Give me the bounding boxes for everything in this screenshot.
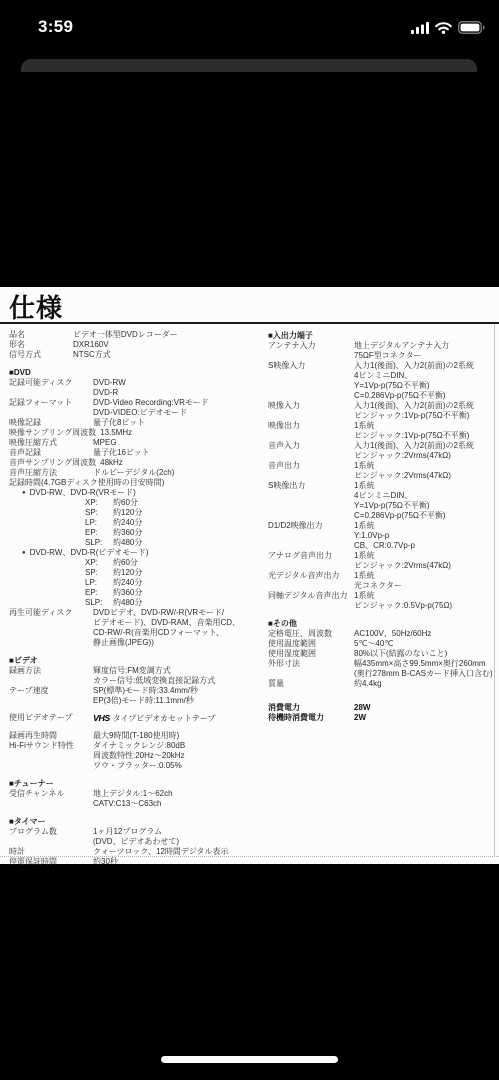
spec-label: 光デジタル音声出力 — [268, 571, 354, 581]
section-header: ■タイマー — [9, 817, 260, 827]
spec-row: S映像入力入力1(後面)、入力2(前面)の2系統4ピンミニDIN、Y=1Vp-p… — [268, 361, 493, 401]
spec-value-line: (奥行278mm B-CASカード挿入口含む) — [354, 669, 493, 679]
spec-value-line: 75ΩF型コネクター — [354, 351, 493, 361]
spec-value: 約4.4kg — [354, 679, 493, 689]
spec-label: 受信チャンネル — [9, 789, 93, 799]
spec-label: 消費電力 — [268, 703, 354, 713]
spec-value-line: ピンジャック:2Vrms(47kΩ) — [354, 471, 493, 481]
spec-label: 質量 — [268, 679, 354, 689]
spec-value: 48kHz — [100, 458, 260, 468]
spec-value-line: 4ピンミニDIN、 — [354, 371, 493, 381]
spec-value-line: Y=1Vp-p(75Ω不平衡) — [354, 381, 493, 391]
spec-value-line: 1系統 — [354, 521, 493, 531]
spec-value: DVDビデオ、DVD-RW/-R(VRモード/ビデオモード)、DVD-RAM、音… — [93, 608, 260, 648]
spec-value-line: ピンジャック:2Vrms(47kΩ) — [354, 451, 493, 461]
spec-value: 80%以下(結露のないこと) — [354, 649, 493, 659]
record-mode-row: EP:約360分 — [85, 588, 260, 598]
spec-value-line: 約30秒 — [93, 857, 260, 867]
spec-row: 同軸デジタル音声出力1系統ピンジャック:0.5Vp-p(75Ω) — [268, 591, 493, 611]
spec-label: S映像入力 — [268, 361, 354, 371]
spec-value: DVD-Video Recording:VRモードDVD-VIDEO:ビデオモー… — [93, 398, 260, 418]
spec-value-line: ピンジャック:2Vrms(47kΩ) — [354, 561, 493, 571]
spec-value-line: ドルビーデジタル(2ch) — [93, 468, 260, 478]
section-header: ■チューナー — [9, 779, 260, 789]
spec-column-0: 品名ビデオ一体型DVDレコーダー形名DXR160V信号方式NTSC方式■DVD記… — [9, 330, 260, 867]
vhs-logo: VHS — [93, 713, 110, 723]
spec-label: 使用湿度範囲 — [268, 649, 354, 659]
spec-value-line: 5℃〜40℃ — [354, 639, 493, 649]
spec-value: 地上デジタルアンテナ入力75ΩF型コネクター — [354, 341, 493, 361]
spec-label: 音声圧縮方法 — [9, 468, 93, 478]
spec-value-line: 幅435mm×高さ99.5mm×奥行260mm — [354, 659, 493, 669]
status-icons — [411, 21, 485, 34]
spec-label: 同軸デジタル音声出力 — [268, 591, 354, 601]
spec-value: 入力1(後面)、入力2(前面)の2系統4ピンミニDIN、Y=1Vp-p(75Ω不… — [354, 361, 493, 401]
spec-value: ビデオ一体型DVDレコーダー — [73, 330, 260, 340]
spec-value-line: 量子化8ビット — [93, 418, 260, 428]
spec-label: 録画再生時間 — [9, 731, 93, 741]
mode-label: SP: — [85, 508, 113, 518]
spec-value: ダイナミックレンジ:80dB周波数特性:20Hz〜20kHzワウ・フラッター:0… — [93, 741, 260, 771]
spec-row: 停電保証時間約30秒 — [9, 857, 260, 867]
spec-row: D1/D2映像出力1系統Y:1.0Vp-pCB、CR:0.7Vp-p — [268, 521, 493, 551]
spec-value: 幅435mm×高さ99.5mm×奥行260mm(奥行278mm B-CASカード… — [354, 659, 493, 679]
spec-value-line: 地上デジタルアンテナ入力 — [354, 341, 493, 351]
spec-label: 映像出力 — [268, 421, 354, 431]
mode-label: SP: — [85, 568, 113, 578]
spec-value: MPEG — [93, 438, 260, 448]
spec-value-line: ピンジャック:1Vp-p(75Ω不平衡) — [354, 411, 493, 421]
spec-value-line: 地上デジタル:1〜62ch — [93, 789, 260, 799]
spec-row: プログラム数1ヶ月12プログラム(DVD、ビデオあわせて) — [9, 827, 260, 847]
section-header: ■DVD — [9, 368, 260, 378]
record-mode-row: SP:約120分 — [85, 568, 260, 578]
record-mode-row: EP:約360分 — [85, 528, 260, 538]
spec-row: 使用ビデオテープVHSタイプビデオカセットテープ — [9, 713, 260, 724]
spec-value-line: CATV:C13〜C63ch — [93, 799, 260, 809]
spec-row: 再生可能ディスクDVDビデオ、DVD-RW/-R(VRモード/ビデオモード)、D… — [9, 608, 260, 648]
record-mode-row: SP:約120分 — [85, 508, 260, 518]
mode-label: SLP: — [85, 538, 113, 548]
spec-label: 停電保証時間 — [9, 857, 93, 867]
spec-value-line: DVDビデオ、DVD-RW/-R(VRモード/ — [93, 608, 260, 618]
spec-label: Hi-Fiサウンド特性 — [9, 741, 93, 751]
spec-value-line: AC100V、50Hz/60Hz — [354, 629, 493, 639]
spec-value-line: DVD-Video Recording:VRモード — [93, 398, 260, 408]
spacer — [268, 611, 493, 618]
spec-value-line: EP(3倍)モード時:11.1mm/秒 — [93, 696, 260, 706]
spec-label: 待機時消費電力 — [268, 713, 354, 723]
mode-label: XP: — [85, 558, 113, 568]
spec-value-line: 4ピンミニDIN、 — [354, 491, 493, 501]
photo-card-top-edge — [21, 59, 477, 72]
section-header: ■その他 — [268, 619, 493, 629]
spec-value-line: 80%以下(結露のないこと) — [354, 649, 493, 659]
spec-label: 形名 — [9, 340, 73, 350]
spec-value-line: 入力1(後面)、入力2(前面)の2系統 — [354, 441, 493, 451]
mode-time: 約480分 — [113, 598, 142, 608]
spec-row: S映像出力1系統4ピンミニDIN、Y=1Vp-p(75Ω不平衡)C=0.286V… — [268, 481, 493, 521]
spec-value-line: 48kHz — [100, 458, 260, 468]
spec-value: 1系統4ピンミニDIN、Y=1Vp-p(75Ω不平衡)C=0.286Vp-p(7… — [354, 481, 493, 521]
spec-label: D1/D2映像出力 — [268, 521, 354, 531]
spec-label: 音声入力 — [268, 441, 354, 451]
mode-time: 約240分 — [113, 578, 142, 588]
spec-value-line: ピンジャック:0.5Vp-p(75Ω) — [354, 601, 493, 611]
mode-time: 約120分 — [113, 508, 142, 518]
spec-label: 定格電圧、周波数 — [268, 629, 354, 639]
spec-value-line: Y:1.0Vp-p — [354, 531, 493, 541]
spec-value-line: CD-RW/-R(音楽用CDフォーマット、 — [93, 628, 260, 638]
spec-value: 約30秒 — [93, 857, 260, 867]
spec-row: 定格電圧、周波数AC100V、50Hz/60Hz — [268, 629, 493, 639]
spec-column-1: ■入出力端子アンテナ入力地上デジタルアンテナ入力75ΩF型コネクターS映像入力入… — [260, 330, 493, 867]
spec-value: 地上デジタル:1〜62chCATV:C13〜C63ch — [93, 789, 260, 809]
battery-icon — [458, 21, 485, 34]
spec-label: 外形寸法 — [268, 659, 354, 669]
spec-row: 音声入力入力1(後面)、入力2(前面)の2系統ピンジャック:2Vrms(47kΩ… — [268, 441, 493, 461]
mode-time: 約360分 — [113, 528, 142, 538]
spacer — [9, 648, 260, 655]
spec-value-line: ワウ・フラッター:0.05% — [93, 761, 260, 771]
record-mode-row: SLP:約480分 — [85, 538, 260, 548]
spec-row: 記録可能ディスクDVD-RWDVD-R — [9, 378, 260, 398]
spec-value-line: 静止画像(JPEG)) — [93, 638, 260, 648]
spec-label: アナログ音声出力 — [268, 551, 354, 561]
spec-value: 量子化8ビット — [93, 418, 260, 428]
spec-value-line: SP(標準)モード時:33.4mm/秒 — [93, 686, 260, 696]
bullet-icon: ● — [22, 550, 26, 556]
spec-row: 映像出力1系統ピンジャック:1Vp-p(75Ω不平衡) — [268, 421, 493, 441]
mode-label: EP: — [85, 528, 113, 538]
mode-label: LP: — [85, 518, 113, 528]
spec-row: 光デジタル音声出力1系統光コネクター — [268, 571, 493, 591]
spec-row: 品名ビデオ一体型DVDレコーダー — [9, 330, 260, 340]
mode-time: 約60分 — [113, 498, 138, 508]
spec-row: Hi-Fiサウンド特性ダイナミックレンジ:80dB周波数特性:20Hz〜20kH… — [9, 741, 260, 771]
spacer — [9, 809, 260, 816]
spec-label: 記録フォーマット — [9, 398, 93, 408]
spec-value: 28W — [354, 703, 493, 713]
spec-value-line: 入力1(後面)、入力2(前面)の2系統 — [354, 401, 493, 411]
spec-value-line: (DVD、ビデオあわせて) — [93, 837, 260, 847]
spec-row: 映像入力入力1(後面)、入力2(前面)の2系統ピンジャック:1Vp-p(75Ω不… — [268, 401, 493, 421]
bullet-line: ●DVD-RW、DVD-R(VRモード) — [22, 488, 260, 498]
spec-row: 映像記録量子化8ビット — [9, 418, 260, 428]
mode-label: XP: — [85, 498, 113, 508]
spec-row: 時計クォーツロック、12時間デジタル表示 — [9, 847, 260, 857]
cellular-signal-icon — [411, 22, 429, 34]
spec-value-line: VHSタイプビデオカセットテープ — [93, 713, 260, 724]
spec-value-line: 1系統 — [354, 461, 493, 471]
spec-label: 時計 — [9, 847, 93, 857]
spec-row: 消費電力28W — [268, 703, 493, 713]
spec-row: アンテナ入力地上デジタルアンテナ入力75ΩF型コネクター — [268, 341, 493, 361]
spec-label: 記録可能ディスク — [9, 378, 93, 388]
spec-value: SP(標準)モード時:33.4mm/秒EP(3倍)モード時:11.1mm/秒 — [93, 686, 260, 706]
spec-label: 音声出力 — [268, 461, 354, 471]
record-mode-row: LP:約240分 — [85, 518, 260, 528]
spec-value-line: クォーツロック、12時間デジタル表示 — [93, 847, 260, 857]
spec-value-line: DVD-VIDEO:ビデオモード — [93, 408, 260, 418]
status-time: 3:59 — [38, 17, 73, 37]
spec-value-line: C=0.286Vp-p(75Ω不平衡) — [354, 391, 493, 401]
spec-value-line: 13.5MHz — [100, 428, 260, 438]
spec-value-line: ビデオモード)、DVD-RAM、音楽用CD、 — [93, 618, 260, 628]
spec-value-line: ダイナミックレンジ:80dB — [93, 741, 260, 751]
spec-value: クォーツロック、12時間デジタル表示 — [93, 847, 260, 857]
spec-label: 信号方式 — [9, 350, 73, 360]
spec-value-line: 1系統 — [354, 481, 493, 491]
page-title: 仕様 — [9, 288, 63, 325]
mode-label: SLP: — [85, 598, 113, 608]
spec-value: AC100V、50Hz/60Hz — [354, 629, 493, 639]
spec-row: 録画再生時間最大9時間(T-180使用時) — [9, 731, 260, 741]
spec-columns: 品名ビデオ一体型DVDレコーダー形名DXR160V信号方式NTSC方式■DVD記… — [9, 330, 491, 867]
spec-value: 入力1(後面)、入力2(前面)の2系統ピンジャック:1Vp-p(75Ω不平衡) — [354, 401, 493, 421]
spec-row: アナログ音声出力1系統ピンジャック:2Vrms(47kΩ) — [268, 551, 493, 571]
spec-label: アンテナ入力 — [268, 341, 354, 351]
spec-label: 映像記録 — [9, 418, 93, 428]
spec-value: 1系統ピンジャック:1Vp-p(75Ω不平衡) — [354, 421, 493, 441]
spec-value-line: 1系統 — [354, 421, 493, 431]
spec-value-line: 光コネクター — [354, 581, 493, 591]
record-mode-row: LP:約240分 — [85, 578, 260, 588]
spec-value-line: MPEG — [93, 438, 260, 448]
spec-value-line: DVD-R — [93, 388, 260, 398]
spec-label: 使用ビデオテープ — [9, 713, 93, 723]
wifi-icon — [435, 22, 452, 34]
spec-value: ドルビーデジタル(2ch) — [93, 468, 260, 478]
spec-value-line: 周波数特性:20Hz〜20kHz — [93, 751, 260, 761]
spec-value: 1系統ピンジャック:2Vrms(47kΩ) — [354, 551, 493, 571]
spec-value-line: カラー信号:低域変換直接記録方式 — [93, 676, 260, 686]
status-bar: 3:59 — [0, 0, 499, 52]
spec-value: 入力1(後面)、入力2(前面)の2系統ピンジャック:2Vrms(47kΩ) — [354, 441, 493, 461]
spec-value-line: 1系統 — [354, 591, 493, 601]
record-mode-row: XP:約60分 — [85, 558, 260, 568]
phone-screen: 3:59 仕様 品名ビデオ一体型DVDレコ — [0, 0, 499, 1080]
spec-label: 再生可能ディスク — [9, 608, 93, 618]
spec-label: 映像入力 — [268, 401, 354, 411]
spec-value: 輝度信号:FM変調方式カラー信号:低域変換直接記録方式 — [93, 666, 260, 686]
home-indicator[interactable] — [161, 1056, 338, 1063]
spec-label: S映像出力 — [268, 481, 354, 491]
spec-value: VHSタイプビデオカセットテープ — [93, 713, 260, 724]
spec-value-line: CB、CR:0.7Vp-p — [354, 541, 493, 551]
spec-row: 記録フォーマットDVD-Video Recording:VRモードDVD-VID… — [9, 398, 260, 418]
spec-value-line: DVD-RW — [93, 378, 260, 388]
spec-value: 5℃〜40℃ — [354, 639, 493, 649]
spec-row: 受信チャンネル地上デジタル:1〜62chCATV:C13〜C63ch — [9, 789, 260, 809]
spec-value: 2W — [354, 713, 493, 723]
spec-row: 映像サンプリング周波数13.5MHz — [9, 428, 260, 438]
spec-value-line: C=0.286Vp-p(75Ω不平衡) — [354, 511, 493, 521]
spec-value-line: ピンジャック:1Vp-p(75Ω不平衡) — [354, 431, 493, 441]
mode-time: 約480分 — [113, 538, 142, 548]
spacer — [9, 724, 260, 731]
spec-row: 外形寸法幅435mm×高さ99.5mm×奥行260mm(奥行278mm B-CA… — [268, 659, 493, 679]
spec-row: 待機時消費電力2W — [268, 713, 493, 723]
mode-time: 約240分 — [113, 518, 142, 528]
spec-row: 使用温度範囲5℃〜40℃ — [268, 639, 493, 649]
mode-label: LP: — [85, 578, 113, 588]
spec-value-line: 2W — [354, 713, 493, 723]
record-mode-row: XP:約60分 — [85, 498, 260, 508]
spec-value-line: 量子化16ビット — [93, 448, 260, 458]
spec-row: 質量約4.4kg — [268, 679, 493, 689]
spacer — [268, 689, 493, 696]
spec-document: 仕様 品名ビデオ一体型DVDレコーダー形名DXR160V信号方式NTSC方式■D… — [0, 287, 499, 864]
spec-row: 音声圧縮方法ドルビーデジタル(2ch) — [9, 468, 260, 478]
section-header: ■入出力端子 — [268, 331, 493, 341]
spec-value-line: NTSC方式 — [73, 350, 260, 360]
bullet-line: ●DVD-RW、DVD-R(ビデオモード) — [22, 548, 260, 558]
spec-value-line: 輝度信号:FM変調方式 — [93, 666, 260, 676]
spacer — [268, 696, 493, 703]
spec-row: 音声記録量子化16ビット — [9, 448, 260, 458]
spec-value-line: 1ヶ月12プログラム — [93, 827, 260, 837]
spec-label: 品名 — [9, 330, 73, 340]
spec-row: 使用湿度範囲80%以下(結露のないこと) — [268, 649, 493, 659]
spec-value: 1ヶ月12プログラム(DVD、ビデオあわせて) — [93, 827, 260, 847]
spec-row: テープ速度SP(標準)モード時:33.4mm/秒EP(3倍)モード時:11.1m… — [9, 686, 260, 706]
mode-time: 約360分 — [113, 588, 142, 598]
spec-value: DXR160V — [73, 340, 260, 350]
bullet-icon: ● — [22, 490, 26, 496]
spec-label: 映像圧縮方式 — [9, 438, 93, 448]
spacer — [9, 771, 260, 778]
title-rule — [0, 322, 499, 324]
spec-label: 音声記録 — [9, 448, 93, 458]
spec-label: 音声サンプリング周波数 — [9, 458, 100, 468]
spec-label: プログラム数 — [9, 827, 93, 837]
spec-value: 13.5MHz — [100, 428, 260, 438]
spec-row: 映像圧縮方式MPEG — [9, 438, 260, 448]
spacer — [9, 706, 260, 713]
spec-value: 最大9時間(T-180使用時) — [93, 731, 260, 741]
spec-value: 1系統光コネクター — [354, 571, 493, 591]
spacer — [9, 360, 260, 367]
spec-label: 録画方法 — [9, 666, 93, 676]
spec-value-line: Y=1Vp-p(75Ω不平衡) — [354, 501, 493, 511]
spec-note: 記録時間(4.7GBディスク使用時の目安時間) — [9, 478, 260, 488]
spec-value-line: 28W — [354, 703, 493, 713]
spec-row: 信号方式NTSC方式 — [9, 350, 260, 360]
spec-value-line: 最大9時間(T-180使用時) — [93, 731, 260, 741]
mode-time: 約60分 — [113, 558, 138, 568]
spec-row: 形名DXR160V — [9, 340, 260, 350]
spec-value-line: ビデオ一体型DVDレコーダー — [73, 330, 260, 340]
spec-value-line: 1系統 — [354, 571, 493, 581]
spec-row: 音声サンプリング周波数48kHz — [9, 458, 260, 468]
spec-label: 使用温度範囲 — [268, 639, 354, 649]
spec-value-line: 1系統 — [354, 551, 493, 561]
spec-value: 1系統ピンジャック:0.5Vp-p(75Ω) — [354, 591, 493, 611]
spec-value-line: 入力1(後面)、入力2(前面)の2系統 — [354, 361, 493, 371]
section-header: ■ビデオ — [9, 656, 260, 666]
mode-label: EP: — [85, 588, 113, 598]
spec-value: DVD-RWDVD-R — [93, 378, 260, 398]
spec-value: NTSC方式 — [73, 350, 260, 360]
spec-value: 1系統Y:1.0Vp-pCB、CR:0.7Vp-p — [354, 521, 493, 551]
spec-value-line: DXR160V — [73, 340, 260, 350]
record-mode-row: SLP:約480分 — [85, 598, 260, 608]
spec-value-line: 約4.4kg — [354, 679, 493, 689]
mode-time: 約120分 — [113, 568, 142, 578]
spec-label: テープ速度 — [9, 686, 93, 696]
spec-label: 映像サンプリング周波数 — [9, 428, 100, 438]
spec-value: 量子化16ビット — [93, 448, 260, 458]
spec-row: 音声出力1系統ピンジャック:2Vrms(47kΩ) — [268, 461, 493, 481]
spec-value: 1系統ピンジャック:2Vrms(47kΩ) — [354, 461, 493, 481]
spec-row: 録画方法輝度信号:FM変調方式カラー信号:低域変換直接記録方式 — [9, 666, 260, 686]
